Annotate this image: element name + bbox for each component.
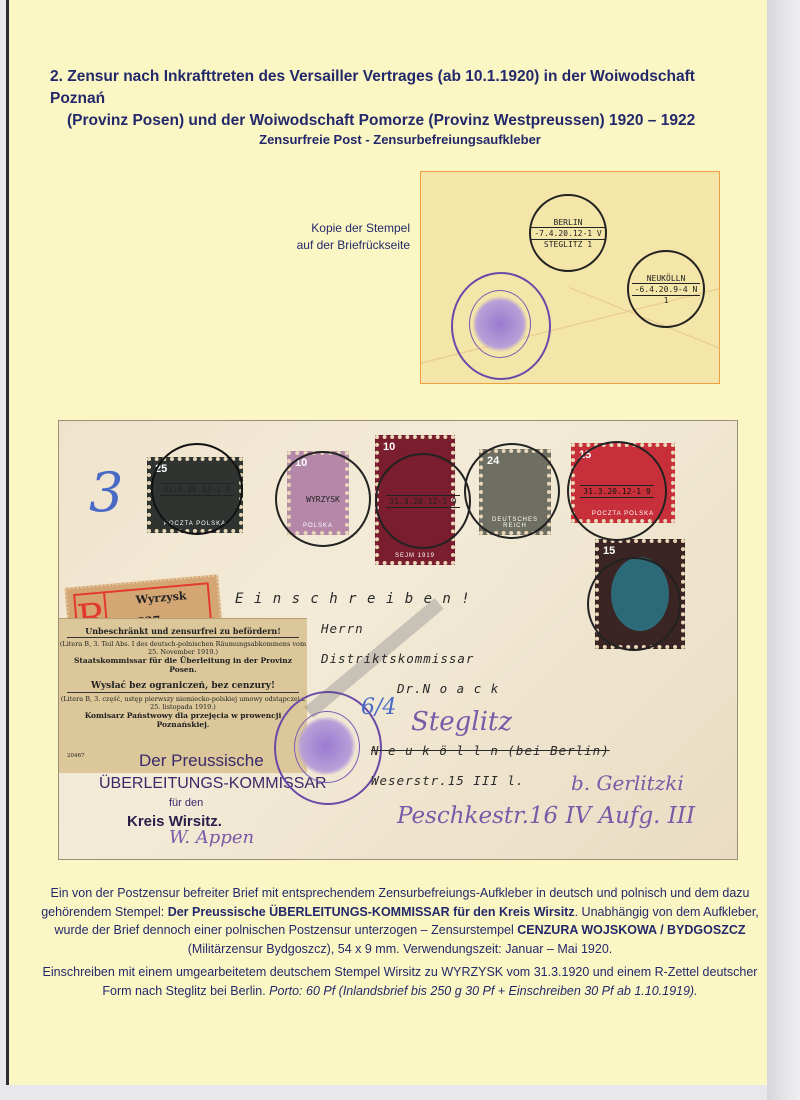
label-de-authority: Staatskommissar für die Überleitung in d… [59,656,307,674]
stamp-value: 15 [603,545,615,557]
censorship-exemption-label: Unbeschränkt und zensurfrei zu befördern… [59,618,307,773]
postmark-date: -6.4.20.9-4 N [632,283,701,296]
cancel-wyrzysk [464,443,560,539]
handwritten-street: Peschkestr.16 IV Aufg. III [397,803,695,829]
postmark-berlin: BERLIN -7.4.20.12-1 V STEGLITZ 1 [529,194,607,272]
cancel-wyrzysk: 31.3.20.12-1 9 [567,441,667,541]
eagle-emblem [473,296,527,352]
postmark-date: -7.4.20.12-1 V [531,227,604,240]
description-paragraph-1: Ein von der Postzensur befreiter Brief m… [40,884,760,958]
cancel-wyrzysk: 31.3.20.12-1 9 [375,453,471,549]
label-form-number: 20467 [67,753,85,759]
cancel-date: 31.3.20.12-1 9 [386,495,459,508]
postmark-top-text: NEUKÖLLN [647,274,686,283]
handwritten-care-of: b. Gerlitzki [571,771,684,795]
label-pl-heading: Wysłać bez ograniczeń, bez cenzury! [67,678,299,693]
back-side-note: Kopie der Stempel auf der Briefrückseite [290,220,410,254]
address-line-street: Weserstr.15 III l. [371,773,524,788]
title-line-2: (Provinz Posen) und der Woiwodschaft Pom… [50,110,750,132]
blue-pencil-mark: 3 [89,461,123,524]
handstamp-line-1: Der Preussische [139,751,264,771]
label-de-ref: (Litera B, 3. Teil Abs. I des deutsch-po… [59,640,307,656]
stamp-inscription: SEJM 1919 [379,553,451,559]
note-line-1: Kopie der Stempel [290,220,410,237]
desc-bold: Der Preussische ÜBERLEITUNGS-KOMMISSAR f… [168,905,575,919]
description: Ein von der Postzensur befreiter Brief m… [40,884,760,1005]
cancel-wyrzysk [587,557,681,651]
cancel-wyrzysk: 31.3.20.12-1 9 [151,443,243,535]
address-line-title: Distriktskommissar [321,651,474,666]
address-line-registered: E i n s c h r e i b e n ! [235,591,471,607]
stamp-value: 10 [383,441,395,453]
cancel-town: WYRZYSK [306,495,340,504]
page-title: 2. Zensur nach Inkrafttreten des Versail… [50,66,750,132]
postmark-neukolln: NEUKÖLLN -6.4.20.9-4 N 1 [627,250,705,328]
page-edge [767,0,800,1100]
desc-bold: CENZURA WOJSKOWA / BYDGOSZCZ [517,923,745,937]
cancel-wyrzysk: WYRZYSK [275,451,371,547]
label-pl-authority: Komisarz Państwowy dla przejęcia w prowe… [59,711,307,729]
address-line-city-struck: N e u k ö l l n (bei Berlin) [371,743,610,758]
signature: W. Appen [169,827,254,848]
postmark-bottom-text: 1 [664,296,669,305]
handstamp-line-3: für den [169,797,203,809]
cancel-date: 31.3.20.12-1 9 [580,485,653,498]
eagle-emblem [296,717,356,775]
postmark-bottom-text: STEGLITZ 1 [544,240,592,249]
envelope-front-image: 25POCZTA POLSKA 10POLSKA 10SEJM 1919 24D… [58,420,738,860]
title-line-1: 2. Zensur nach Inkrafttreten des Versail… [50,68,695,107]
kommissar-seal [451,272,551,380]
envelope-back-image: BERLIN -7.4.20.12-1 V STEGLITZ 1 NEUKÖLL… [420,171,720,384]
postmark-top-text: BERLIN [554,218,583,227]
blue-pencil-mark-2: 6/4 [361,695,396,720]
handwritten-city: Steglitz [411,707,512,737]
description-paragraph-2: Einschreiben mit einem umgearbeitetem de… [40,963,760,1000]
note-line-2: auf der Briefrückseite [290,237,410,254]
label-de-heading: Unbeschränkt und zensurfrei zu befördern… [67,623,299,638]
page-subtitle: Zensurfreie Post - Zensurbefreiungsaufkl… [0,132,800,147]
label-pl-ref: (Litera B, 3. część, ustęp pierwszy niem… [59,695,307,711]
address-line-name: Dr.N o a c k [397,681,499,696]
address-line-herrn: Herrn [321,621,364,636]
desc-italic: Porto: 60 Pf (Inlandsbrief bis 250 g 30 … [269,984,697,998]
desc-text: (Militärzensur Bydgoszcz), 54 x 9 mm. Ve… [188,942,613,956]
cancel-date: 31.3.20.12-1 9 [160,483,233,496]
